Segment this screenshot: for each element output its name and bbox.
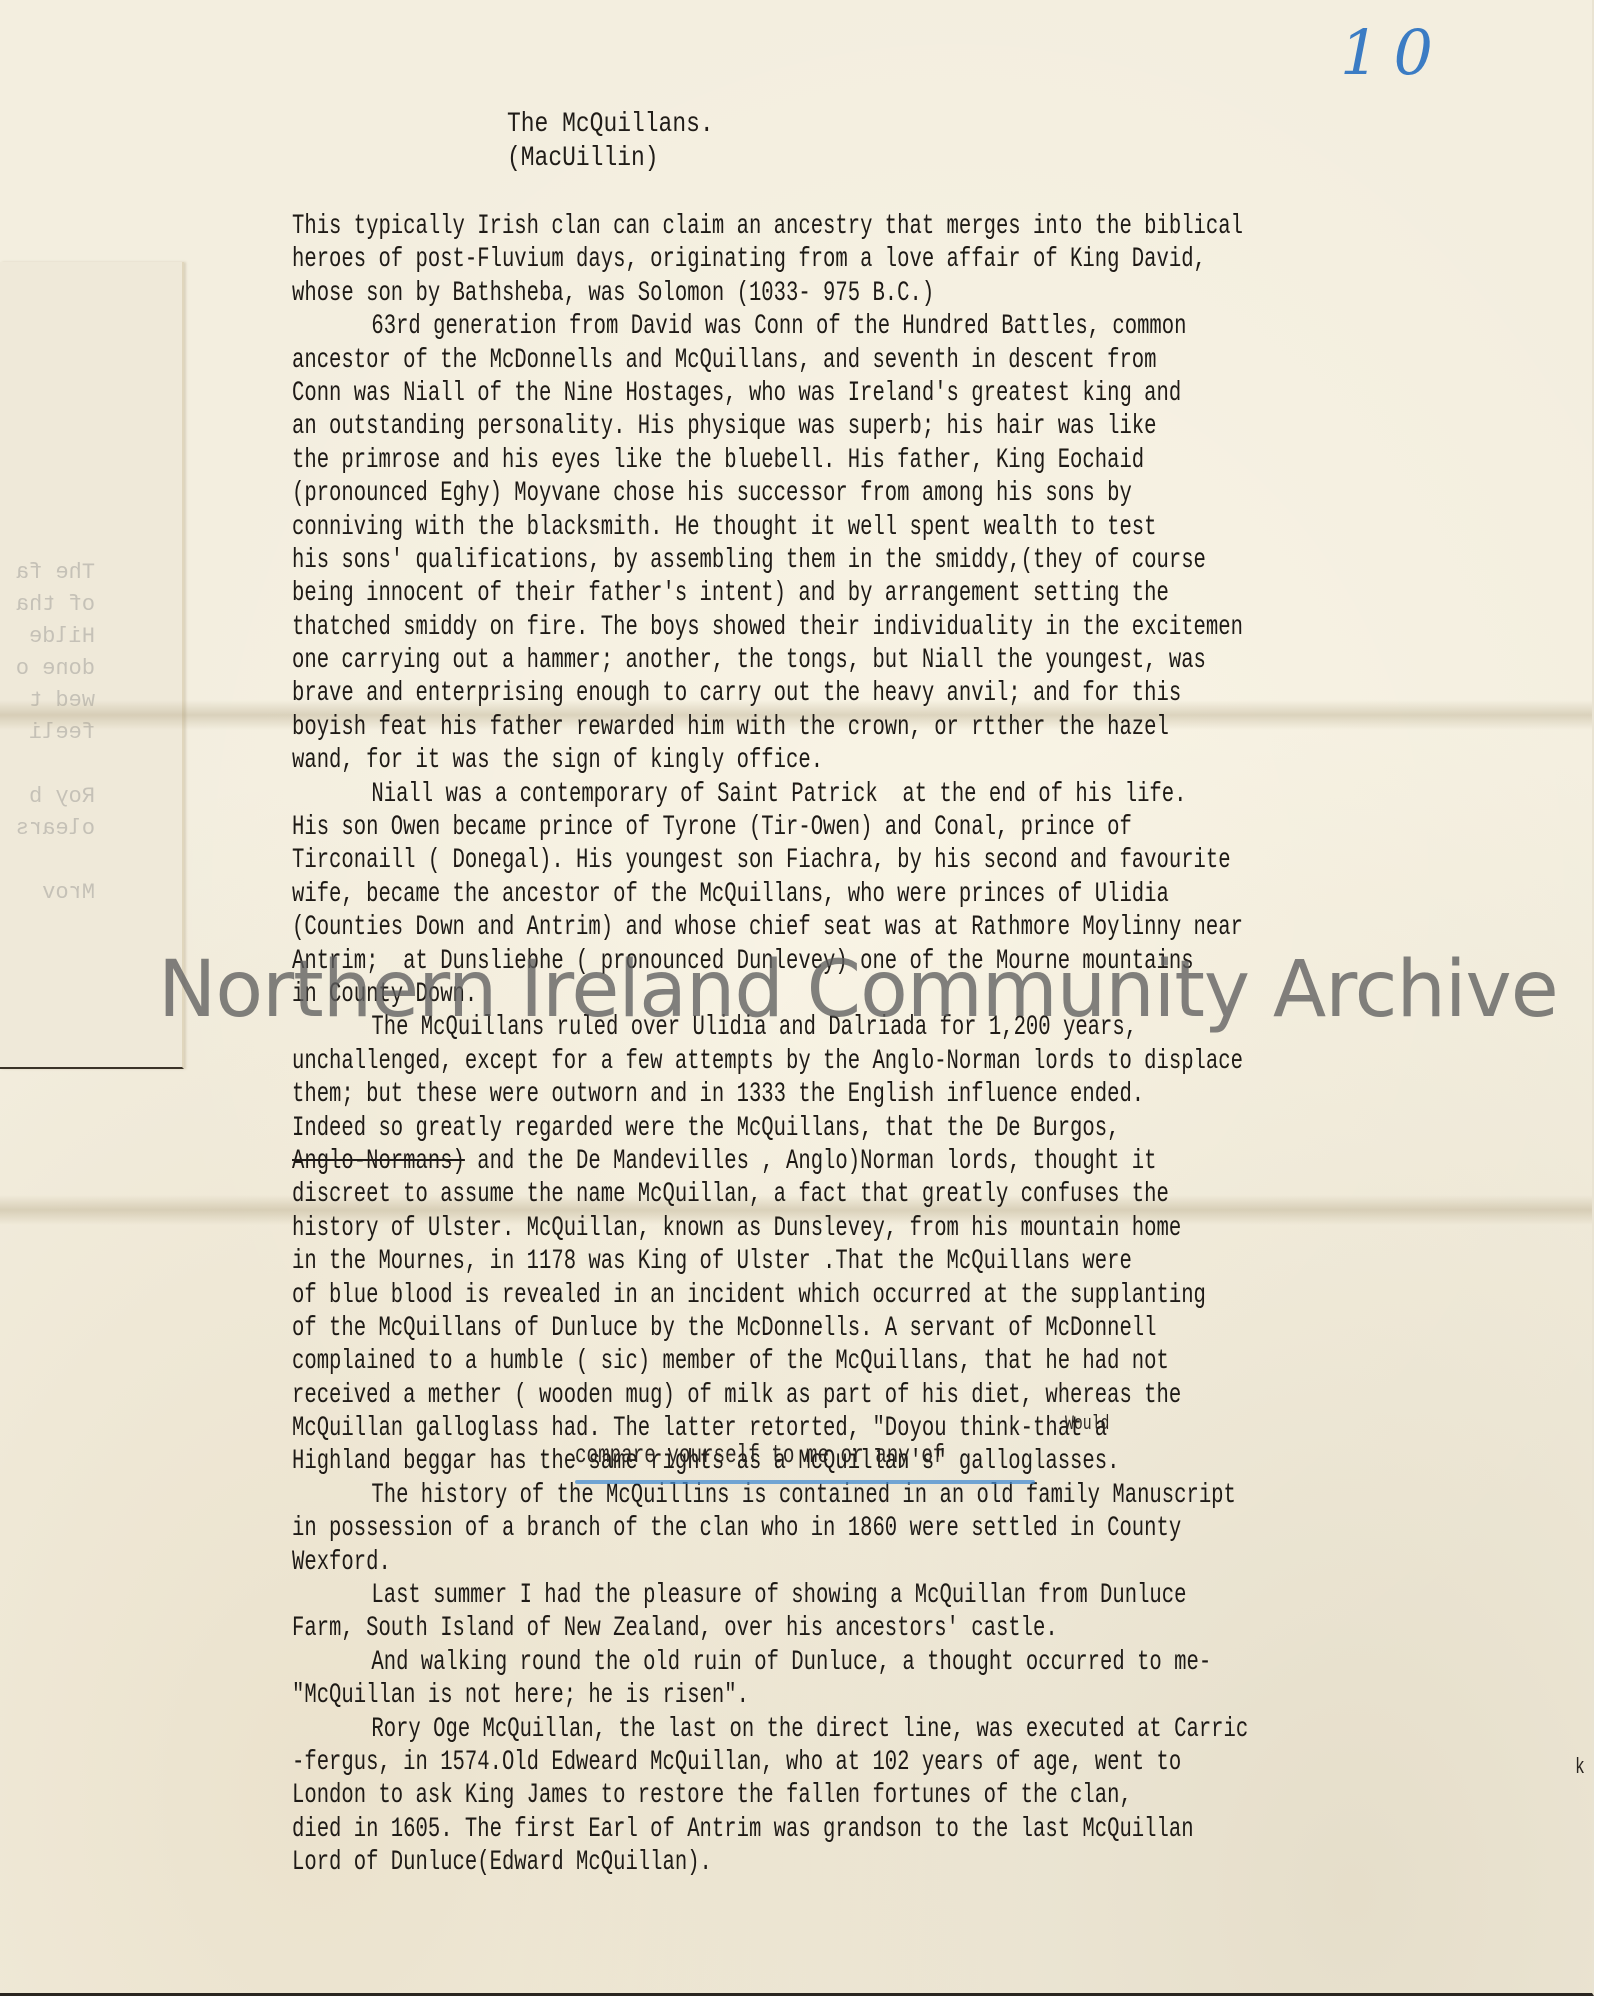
- text-line: 63rd generation from David was Conn of t…: [292, 310, 1468, 343]
- text-line: "McQuillan is not here; he is risen".: [292, 1679, 1468, 1712]
- text-line: wand, for it was the sign of kingly offi…: [292, 744, 1468, 777]
- text-line: history of Ulster. McQuillan, known as D…: [292, 1212, 1468, 1245]
- line-text: and the De Mandevilles , Anglo)Norman lo…: [465, 1146, 1157, 1177]
- text-line: Rory Oge McQuillan, the last on the dire…: [292, 1713, 1468, 1746]
- bleed-through-line: done o: [0, 656, 95, 681]
- bleed-through-line: Roy b: [0, 784, 95, 809]
- handwritten-page-number: 10: [1340, 20, 1470, 85]
- text-line: complained to a humble ( sic) member of …: [292, 1345, 1468, 1378]
- text-line: Farm, South Island of New Zealand, over …: [292, 1612, 1468, 1645]
- document-body: This typically Irish clan can claim an a…: [292, 210, 1468, 1880]
- bleed-through-line: The fa: [0, 560, 95, 585]
- bleed-through-line: olears: [0, 816, 95, 841]
- text-line: Lord of Dunluce(Edward McQuillan).: [292, 1846, 1468, 1879]
- text-line: of the McQuillans of Dunluce by the McDo…: [292, 1312, 1468, 1345]
- text-line: of blue blood is revealed in an incident…: [292, 1279, 1468, 1312]
- text-line: the primrose and his eyes like the blueb…: [292, 444, 1468, 477]
- text-line: Wexford.: [292, 1546, 1468, 1579]
- text-line: conniving with the blacksmith. He though…: [292, 511, 1468, 544]
- text-line: his sons' qualifications, by assembling …: [292, 544, 1468, 577]
- text-line: This typically Irish clan can claim an a…: [292, 210, 1468, 243]
- text-line: Tirconaill ( Donegal). His youngest son …: [292, 844, 1468, 877]
- margin-letter-k: k: [1575, 1755, 1585, 1780]
- archive-watermark: Northern Ireland Community Archive: [158, 945, 1558, 1035]
- typed-insertion-phrase: compare yourself to me or any of: [575, 1440, 944, 1470]
- text-line: brave and enterprising enough to carry o…: [292, 677, 1468, 710]
- text-line: an outstanding personality. His physique…: [292, 410, 1468, 443]
- text-line: His son Owen became prince of Tyrone (Ti…: [292, 811, 1468, 844]
- text-line: thatched smiddy on fire. The boys showed…: [292, 611, 1468, 644]
- text-line: unchallenged, except for a few attempts …: [292, 1045, 1468, 1078]
- blue-pen-strikethrough: [575, 1480, 1035, 1484]
- text-line: heroes of post-Fluvium days, originating…: [292, 243, 1468, 276]
- document-title: The McQuillans.: [507, 108, 714, 142]
- typed-document-page: The faof thaHildedone owed tfeeliRoy bol…: [0, 0, 1594, 1996]
- struck-text: Anglo-Normans): [292, 1146, 465, 1177]
- text-line: (pronounced Eghy) Moyvane chose his succ…: [292, 477, 1468, 510]
- text-line: one carrying out a hammer; another, the …: [292, 644, 1468, 677]
- text-line: Niall was a contemporary of Saint Patric…: [292, 778, 1468, 811]
- bleed-through-line: Mrov: [0, 880, 95, 905]
- text-line: And walking round the old ruin of Dunluc…: [292, 1646, 1468, 1679]
- document-subtitle: (MacUillin): [507, 142, 659, 176]
- text-line: whose son by Bathsheba, was Solomon (103…: [292, 277, 1468, 310]
- bleed-through-line: of tha: [0, 592, 95, 617]
- text-line: them; but these were outworn and in 1333…: [292, 1078, 1468, 1111]
- handwritten-insertion-would: Would: [1065, 1413, 1109, 1436]
- bleed-through-line: Hilde: [0, 624, 95, 649]
- text-line: boyish feat his father rewarded him with…: [292, 711, 1468, 744]
- text-line: Anglo-Normans) and the De Mandevilles , …: [292, 1145, 1468, 1178]
- text-line: discreet to assume the name McQuillan, a…: [292, 1178, 1468, 1211]
- text-line: ancestor of the McDonnells and McQuillan…: [292, 344, 1468, 377]
- text-line: London to ask King James to restore the …: [292, 1779, 1468, 1812]
- text-line: in the Mournes, in 1178 was King of Ulst…: [292, 1245, 1468, 1278]
- text-line: Last summer I had the pleasure of showin…: [292, 1579, 1468, 1612]
- text-line: received a mether ( wooden mug) of milk …: [292, 1379, 1468, 1412]
- text-line: being innocent of their father's intent)…: [292, 577, 1468, 610]
- text-line: wife, became the ancestor of the McQuill…: [292, 878, 1468, 911]
- text-line: died in 1605. The first Earl of Antrim w…: [292, 1813, 1468, 1846]
- text-line: (Counties Down and Antrim) and whose chi…: [292, 911, 1468, 944]
- text-line: Conn was Niall of the Nine Hostages, who…: [292, 377, 1468, 410]
- text-line: in possession of a branch of the clan wh…: [292, 1512, 1468, 1545]
- text-line: Indeed so greatly regarded were the McQu…: [292, 1112, 1468, 1145]
- text-line: -fergus, in 1574.Old Edweard McQuillan, …: [292, 1746, 1468, 1779]
